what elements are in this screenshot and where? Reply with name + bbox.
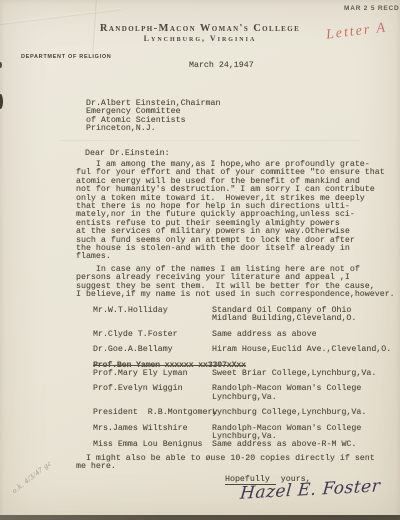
typed-line: I believe,if my name is not used in such… <box>76 291 395 299</box>
entry-name: Miss Emma Lou Benignus <box>93 441 212 449</box>
edge-smudge <box>0 94 3 109</box>
names-list: Mr.W.T.HollidayStandard Oil Company of O… <box>93 307 391 457</box>
list-entry: Prof.Evelyn WigginRandolph-Macon Woman's… <box>93 385 391 402</box>
body-paragraph-2: In case any of the names I am listing he… <box>76 266 395 300</box>
typed-line: flames. <box>76 253 385 261</box>
paper-crease <box>60 140 360 141</box>
list-entry: Miss Emma Lou BenignusSame address as ab… <box>93 441 391 449</box>
scan-edge <box>0 515 400 520</box>
list-entry: Mrs.James WiltshireRandolph-Macon Woman'… <box>93 425 391 442</box>
list-entry: Dr.Goe.A.BellamyHiram House,Euclid Ave.,… <box>93 346 391 354</box>
list-entry: President R.B.MontgomeryLynchburg Colleg… <box>93 409 391 417</box>
list-entry-struck: Prof.Ben Yamen xxxxxx xx3307xXxx <box>93 362 391 370</box>
letter-document: MAR 2 5 RECD Letter A Randolph-Macon Wom… <box>0 0 400 520</box>
entry-name: Mr.W.T.Holliday <box>93 307 212 324</box>
letter-date: March 24,1947 <box>189 62 254 70</box>
entry-address: Sweet Briar College,Lynchburg,Va. <box>212 370 376 378</box>
entry-address: Standard Oil Company of OhioMidland Buil… <box>212 307 356 324</box>
received-stamp: MAR 2 5 RECD <box>344 5 399 12</box>
recipient-address: Dr.Albert Einstein,ChairmanEmergency Com… <box>86 100 220 134</box>
salutation: Dear Dr.Einstein: <box>85 150 170 158</box>
closing-paragraph: I might also be able to øuse 10-20 copie… <box>76 455 375 472</box>
typed-line: me here. <box>76 463 375 471</box>
entry-name: President R.B.Montgomery <box>93 409 212 417</box>
entry-address: Lynchburg College,Lynchburg,Va. <box>212 409 366 417</box>
letterhead-location: Lynchburg, Virginia <box>0 34 400 43</box>
entry-name: Mr.Clyde T.Foster <box>93 331 212 339</box>
entry-name: Mrs.James Wiltshire <box>93 425 212 442</box>
entry-name: Prof.Mary Ely Lyman <box>93 370 212 378</box>
entry-address: Same address as above-R-M WC. <box>212 441 356 449</box>
list-entry: Prof.Mary Ely LymanSweet Briar College,L… <box>93 370 391 378</box>
entry-address: Randolph-Macon Woman's CollegeLynchburg,… <box>212 385 361 402</box>
entry-address: Hiram House,Euclid Ave.,Cleveland,O. <box>212 346 391 354</box>
letterhead-department: Department of Religion <box>21 54 111 60</box>
pencil-approval-note: o.k. 4/3/47 gc <box>10 459 53 496</box>
typed-line: the house is stolen-and with the door it… <box>76 245 385 253</box>
entry-address: Randolph-Macon Woman's CollegeLynchburg,… <box>212 425 361 442</box>
struck-entry-text: Prof.Ben Yamen xxxxxx xx3307xXxx <box>93 362 246 370</box>
entry-address: Same address as above <box>212 331 317 339</box>
entry-name: Dr.Goe.A.Bellamy <box>93 346 212 354</box>
edge-smudge <box>0 62 2 68</box>
entry-name: Prof.Evelyn Wiggin <box>93 385 212 402</box>
list-entry: Mr.Clyde T.FosterSame address as above <box>93 331 391 339</box>
typed-line: I might also be able to øuse 10-20 copie… <box>76 455 375 463</box>
letterhead-college-name: Randolph-Macon Woman's College <box>0 23 400 34</box>
typed-line: Princeton,N.J. <box>86 125 220 133</box>
body-paragraph-1: I am among the many,as I hope,who are pr… <box>76 161 385 262</box>
list-entry: Mr.W.T.HollidayStandard Oil Company of O… <box>93 307 391 324</box>
